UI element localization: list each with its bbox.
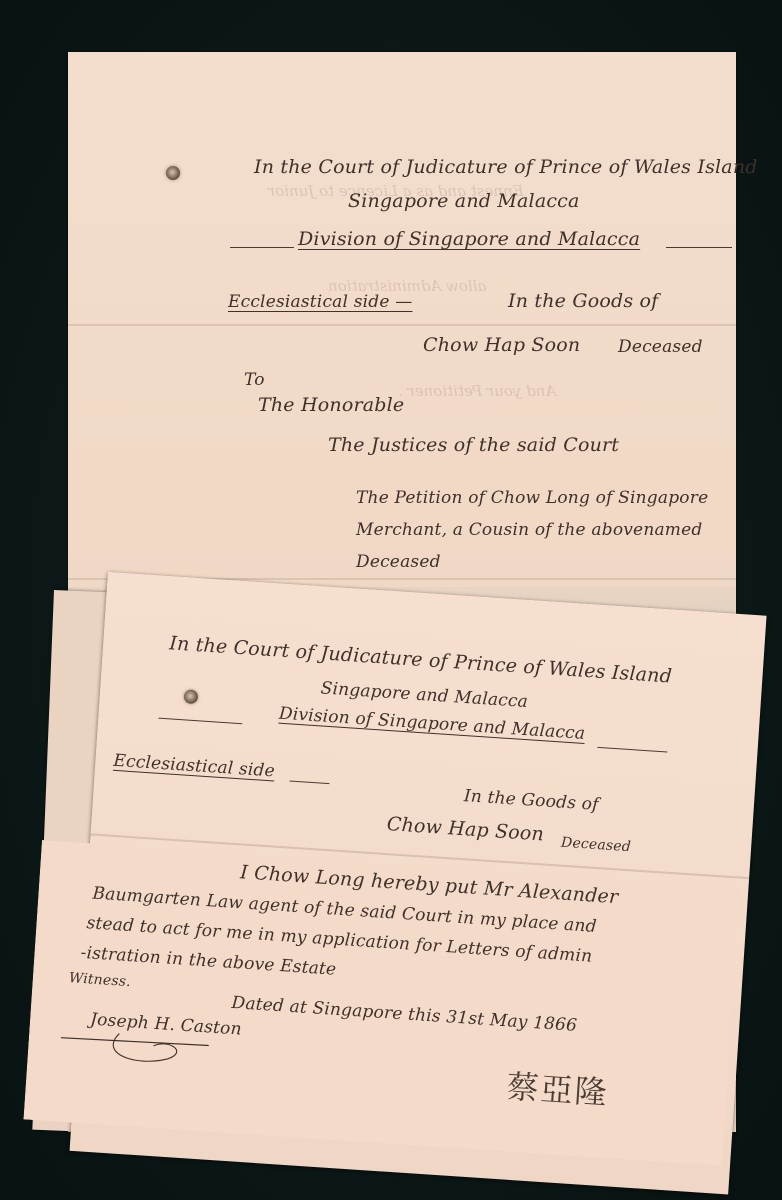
witness-label: Witness. [68, 970, 131, 990]
rule-line [290, 780, 330, 784]
heading-location: Singapore and Malacca [348, 190, 580, 212]
heading-location: Singapore and Malacca [320, 678, 528, 712]
chinese-signature: 蔡亞隆 [505, 1061, 610, 1114]
signature-flourish-icon [57, 1022, 240, 1084]
ecclesiastical-side-label: Ecclesiastical side [113, 751, 276, 782]
petition-line: The Petition of Chow Long of Singapore [356, 488, 708, 508]
heading-court: In the Court of Judicature of Prince of … [169, 632, 673, 687]
to-label: To [244, 370, 265, 390]
petition-line: Deceased [356, 552, 441, 572]
dated-line: Dated at Singapore this 31st May 1866 [231, 993, 578, 1036]
rule-line [230, 247, 294, 248]
deceased-name: Chow Hap Soon [423, 334, 580, 356]
deceased-label: Deceased [618, 337, 703, 357]
heading-court: In the Court of Judicature of Prince of … [254, 156, 758, 178]
goods-of-label: In the Goods of [463, 786, 599, 815]
honorable-label: The Honorable [258, 394, 404, 416]
bleed-through-text: And your Petitioner . [398, 382, 556, 400]
heading-division: Division of Singapore and Malacca [298, 228, 640, 250]
heading-division: Division of Singapore and Malacca [278, 704, 585, 744]
fold-crease [68, 324, 736, 326]
rule-line [666, 247, 732, 248]
rule-line [597, 747, 667, 753]
rule-line [158, 718, 242, 725]
deceased-label: Deceased [561, 835, 632, 856]
ecclesiastical-side-label: Ecclesiastical side — [228, 292, 412, 312]
goods-of-label: In the Goods of [508, 290, 658, 312]
justices-label: The Justices of the said Court [328, 434, 619, 456]
petition-line: Merchant, a Cousin of the abovenamed [356, 520, 702, 540]
punch-hole [166, 166, 180, 180]
deceased-name: Chow Hap Soon [386, 813, 544, 845]
punch-hole [183, 689, 198, 704]
lower-sheet-body: I Chow Long hereby put Mr Alexander Baum… [23, 840, 740, 1166]
